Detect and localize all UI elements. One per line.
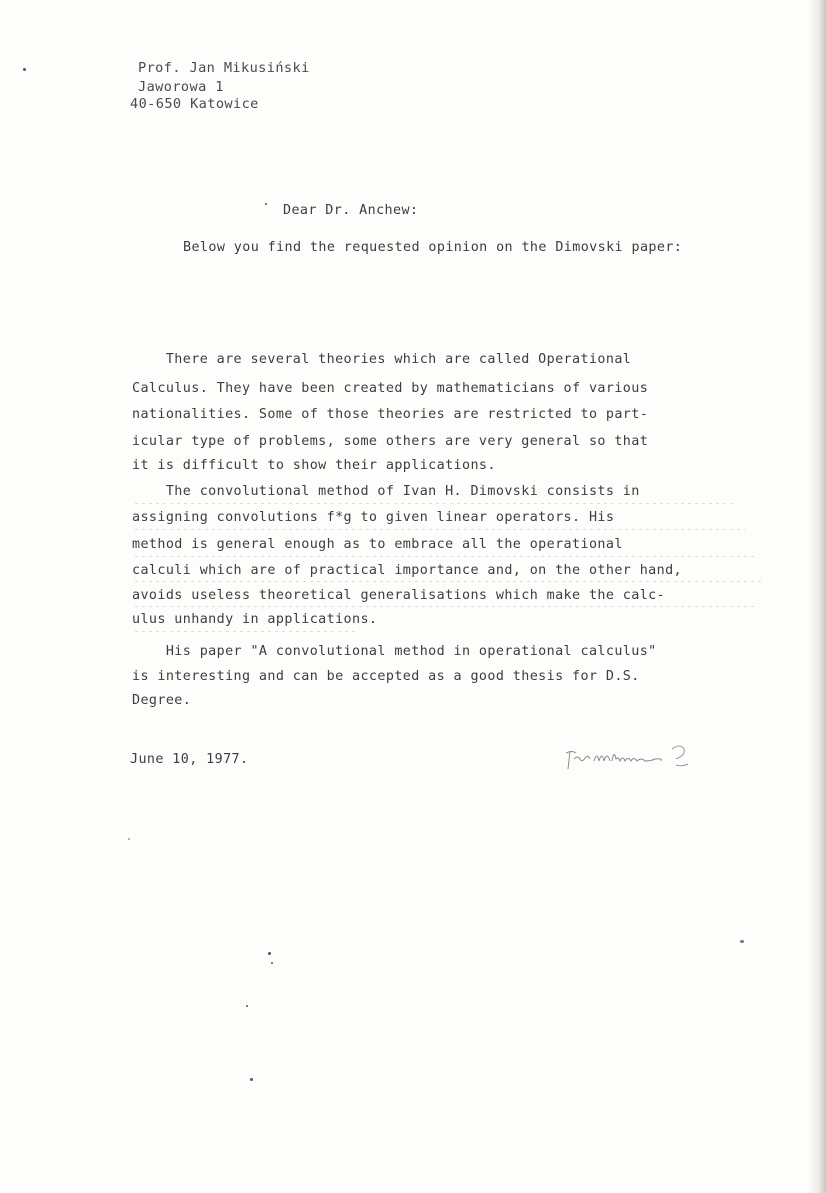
body-line: There are several theories which are cal… (132, 352, 631, 368)
sender-street: Jaworowa 1 (138, 79, 224, 95)
scan-speck (265, 203, 267, 205)
body-line: calculi which are of practical importanc… (132, 563, 682, 579)
body-line: Degree. (132, 693, 191, 709)
salutation: Dear Dr. Anchew: (283, 203, 418, 219)
body-line: His paper "A convolutional method in ope… (132, 644, 657, 660)
scan-speck (23, 68, 26, 71)
scan-speck (128, 838, 130, 840)
scan-speck (268, 952, 271, 955)
body-line: Calculus. They have been created by math… (132, 381, 648, 397)
body-line: avoids useless theoretical generalisatio… (132, 588, 665, 604)
body-line: method is general enough as to embrace a… (132, 537, 623, 553)
intro-line: Below you find the requested opinion on … (183, 240, 682, 256)
body-line: is interesting and can be accepted as a … (132, 669, 640, 685)
sender-name: Prof. Jan Mikusiński (138, 60, 310, 76)
scan-artifact (135, 529, 745, 530)
scan-artifact (135, 556, 755, 557)
letter-date: June 10, 1977. (130, 752, 248, 768)
scan-artifact (135, 631, 355, 632)
scan-speck (271, 962, 273, 964)
scan-artifact (135, 503, 735, 504)
body-line: icular type of problems, some others are… (132, 434, 648, 450)
body-line: nationalities. Some of those theories ar… (132, 407, 648, 423)
handwritten-signature: Jan Mikusiński (560, 745, 700, 775)
scan-artifact (135, 581, 765, 582)
body-line: The convolutional method of Ivan H. Dimo… (132, 484, 640, 500)
sender-city: 40-650 Katowice (130, 96, 259, 112)
scan-speck (740, 940, 744, 943)
body-line: it is difficult to show their applicatio… (132, 458, 496, 474)
scan-speck (246, 1005, 248, 1007)
body-line: assigning convolutions f*g to given line… (132, 510, 614, 526)
body-line: ulus unhandy in applications. (132, 612, 377, 628)
scan-page-edge (808, 0, 826, 1193)
scan-artifact (135, 606, 755, 607)
scan-speck (250, 1078, 253, 1081)
